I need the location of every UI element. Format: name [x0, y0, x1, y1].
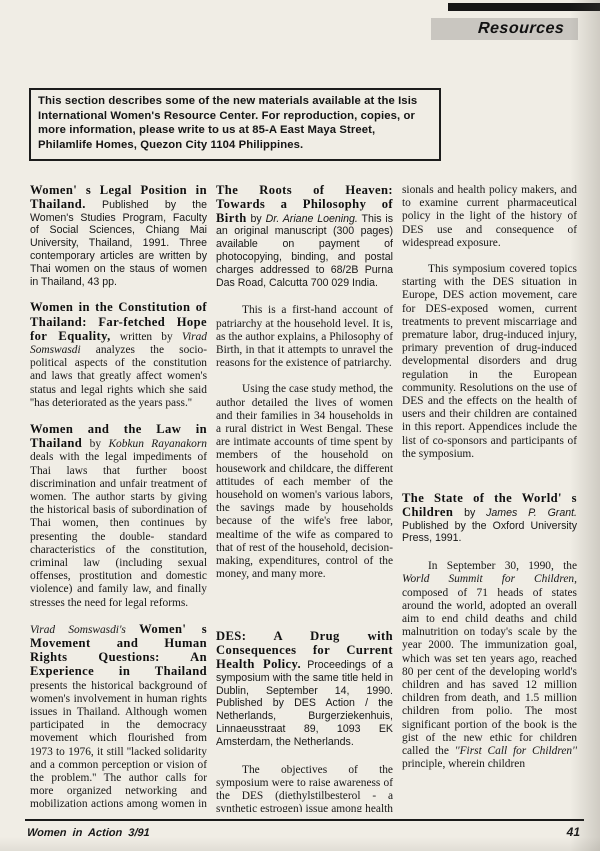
entry-body: written by	[111, 331, 182, 343]
body-paragraph: This symposium covered topics starting w…	[402, 263, 577, 461]
author-name: Virad Somswasdi's	[30, 624, 139, 636]
author-name: James P. Grant.	[486, 507, 577, 519]
quoted-principle: ''First Call for Children''	[455, 745, 577, 757]
paragraph-text: In September 30, 1990, the	[428, 560, 577, 572]
footer-rule	[25, 819, 584, 821]
body-paragraph: This is a first-hand account of patriarc…	[216, 304, 393, 370]
section-title: Resources	[477, 20, 565, 38]
column-2: The Roots of Heaven: Towards a Philosoph…	[216, 184, 393, 812]
column-1: Women' s Legal Position in Thailand. Pub…	[30, 184, 207, 812]
resource-entry-constitution: Women in the Constitution of Thailand: F…	[30, 301, 207, 410]
resource-entry-des-drug: DES: A Drug with Consequences for Curren…	[216, 630, 393, 748]
page-number: 41	[567, 825, 580, 839]
resources-section-band: Resources	[431, 18, 578, 40]
paragraph-text: , composed of 71 heads of states around …	[402, 573, 577, 757]
journal-title: Women in Action 3/91	[27, 827, 150, 839]
paragraph-text: principle, wherein children	[402, 758, 525, 770]
resource-entry-legal-position: Women' s Legal Position in Thailand. Pub…	[30, 184, 207, 288]
resource-entry-movement: Virad Somswasdi's Women' s Movement and …	[30, 623, 207, 812]
body-paragraph: Using the case study method, the author …	[216, 383, 393, 581]
body-paragraph: The objectives of the symposium were to …	[216, 764, 393, 812]
entry-body: by	[82, 438, 108, 450]
author-name: Kobkun Rayanakorn	[108, 438, 207, 450]
entry-body: Proceedings of a symposium with the same…	[216, 659, 393, 748]
body-paragraph: sionals and health policy makers, and to…	[402, 184, 577, 250]
column-3: sionals and health policy makers, and to…	[402, 184, 577, 812]
author-name: Dr. Ariane Loening.	[266, 213, 358, 225]
book-title-italic: World Summit for Children	[402, 573, 574, 585]
resource-entry-state-of-worlds-children: The State of the World' s Children by Ja…	[402, 492, 577, 545]
entry-body: by	[453, 507, 486, 519]
header-black-bar	[448, 3, 600, 11]
intro-box: This section describes some of the new m…	[29, 88, 441, 161]
content-columns: Women' s Legal Position in Thailand. Pub…	[30, 184, 577, 812]
entry-body: presents the historical background of wo…	[30, 680, 207, 812]
scan-shadow-bottom	[0, 837, 600, 851]
resource-entry-roots-of-heaven: The Roots of Heaven: Towards a Philosoph…	[216, 184, 393, 289]
resource-entry-women-law: Women and the Law in Thailand by Kobkun …	[30, 423, 207, 610]
footer: Women in Action 3/91 41	[27, 825, 580, 839]
entry-body: Published by the Oxford University Press…	[402, 520, 577, 545]
scanned-magazine-page: { "colors": { "paper": "#f0ede5", "heade…	[0, 0, 600, 851]
entry-body: by	[247, 213, 266, 225]
body-paragraph: In September 30, 1990, the World Summit …	[402, 560, 577, 771]
intro-text: This section describes some of the new m…	[38, 94, 432, 152]
entry-body: deals with the legal impediments of Thai…	[30, 451, 207, 608]
entry-body: Published by the Women's Studies Program…	[30, 199, 207, 288]
